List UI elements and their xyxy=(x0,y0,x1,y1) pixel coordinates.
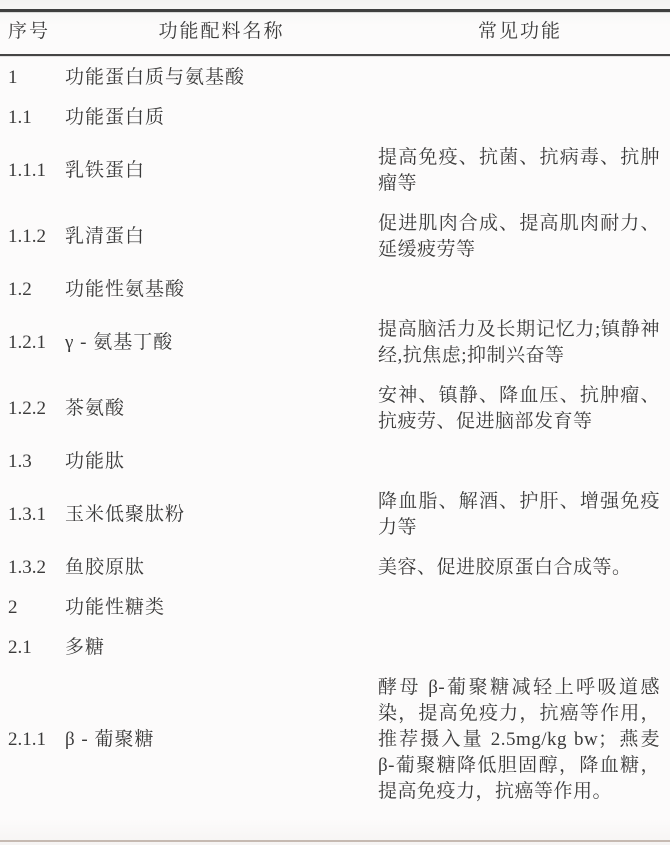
cell-no: 1.2.1 xyxy=(8,330,65,356)
table-row: 1.3.2 鱼胶原肽 美容、促进胶原蛋白合成等。 xyxy=(8,548,662,588)
cell-no: 2 xyxy=(8,595,65,621)
table-row: 1 功能蛋白质与氨基酸 xyxy=(8,58,662,98)
cell-no: 1.2.2 xyxy=(8,396,65,422)
table-row: 2.1 多糖 xyxy=(8,628,662,668)
cell-name: 乳清蛋白 xyxy=(65,224,378,250)
table-row: 1.3 功能肽 xyxy=(8,442,662,482)
cell-func: 酵母 β-葡聚糖减轻上呼吸道感染，提高免疫力，抗癌等作用，推荐摄入量 2.5mg… xyxy=(378,675,662,805)
cell-no: 1.1 xyxy=(8,105,65,131)
cell-func: 美容、促进胶原蛋白合成等。 xyxy=(378,555,662,581)
cell-name: 乳铁蛋白 xyxy=(65,158,378,184)
cell-name: 茶氨酸 xyxy=(65,396,378,422)
cell-func: 提高脑活力及长期记忆力;镇静神经,抗焦虑;抑制兴奋等 xyxy=(378,317,662,369)
table-body: 1 功能蛋白质与氨基酸 1.1 功能蛋白质 1.1.1 乳铁蛋白 提高免疫、抗菌… xyxy=(0,56,670,812)
header-no: 序号 xyxy=(8,19,65,45)
table-header-row: 序号 功能配料名称 常见功能 xyxy=(0,12,670,54)
cell-name: 功能肽 xyxy=(65,449,378,475)
cell-no: 1.3.1 xyxy=(8,502,65,528)
table-row: 1.2.2 茶氨酸 安神、镇静、降血压、抗肿瘤、抗疲劳、促进脑部发育等 xyxy=(8,376,662,442)
cell-no: 1.2 xyxy=(8,277,65,303)
table-row: 2.1.1 β - 葡聚糖 酵母 β-葡聚糖减轻上呼吸道感染，提高免疫力，抗癌等… xyxy=(8,668,662,812)
table-row: 1.1 功能蛋白质 xyxy=(8,98,662,138)
table-row: 1.2 功能性氨基酸 xyxy=(8,270,662,310)
cell-no: 1.1.2 xyxy=(8,224,65,250)
table-row: 1.1.2 乳清蛋白 促进肌肉合成、提高肌肉耐力、延缓疲劳等 xyxy=(8,204,662,270)
cell-func: 提高免疫、抗菌、抗病毒、抗肿瘤等 xyxy=(378,145,662,197)
cell-func: 促进肌肉合成、提高肌肉耐力、延缓疲劳等 xyxy=(378,211,662,263)
cell-no: 1.1.1 xyxy=(8,158,65,184)
cell-name: 功能性氨基酸 xyxy=(65,277,378,303)
table-bottom-rule xyxy=(0,840,670,842)
table-row: 2 功能性糖类 xyxy=(8,588,662,628)
cell-name: 多糖 xyxy=(65,635,378,661)
cell-func: 安神、镇静、降血压、抗肿瘤、抗疲劳、促进脑部发育等 xyxy=(378,383,662,435)
header-common-function: 常见功能 xyxy=(378,19,662,45)
cell-no: 1.3.2 xyxy=(8,555,65,581)
cell-no: 1.3 xyxy=(8,449,65,475)
cell-no: 2.1.1 xyxy=(8,727,65,753)
table-row: 1.1.1 乳铁蛋白 提高免疫、抗菌、抗病毒、抗肿瘤等 xyxy=(8,138,662,204)
cell-no: 1 xyxy=(8,65,65,91)
cell-no: 2.1 xyxy=(8,635,65,661)
cell-name: 鱼胶原肽 xyxy=(65,555,378,581)
header-ingredient-name: 功能配料名称 xyxy=(65,19,378,45)
cell-func: 降血脂、解酒、护肝、增强免疫力等 xyxy=(378,489,662,541)
cell-name: 功能蛋白质与氨基酸 xyxy=(65,65,378,91)
cell-name: β - 葡聚糖 xyxy=(65,727,378,753)
cell-name: 功能蛋白质 xyxy=(65,105,378,131)
table-row: 1.3.1 玉米低聚肽粉 降血脂、解酒、护肝、增强免疫力等 xyxy=(8,482,662,548)
table-row: 1.2.1 γ - 氨基丁酸 提高脑活力及长期记忆力;镇静神经,抗焦虑;抑制兴奋… xyxy=(8,310,662,376)
cell-name: γ - 氨基丁酸 xyxy=(65,330,378,356)
cell-name: 功能性糖类 xyxy=(65,595,378,621)
cell-name: 玉米低聚肽粉 xyxy=(65,502,378,528)
scanned-page: 序号 功能配料名称 常见功能 1 功能蛋白质与氨基酸 1.1 功能蛋白质 1.1… xyxy=(0,0,670,845)
ingredient-function-table: 序号 功能配料名称 常见功能 1 功能蛋白质与氨基酸 1.1 功能蛋白质 1.1… xyxy=(0,9,670,812)
